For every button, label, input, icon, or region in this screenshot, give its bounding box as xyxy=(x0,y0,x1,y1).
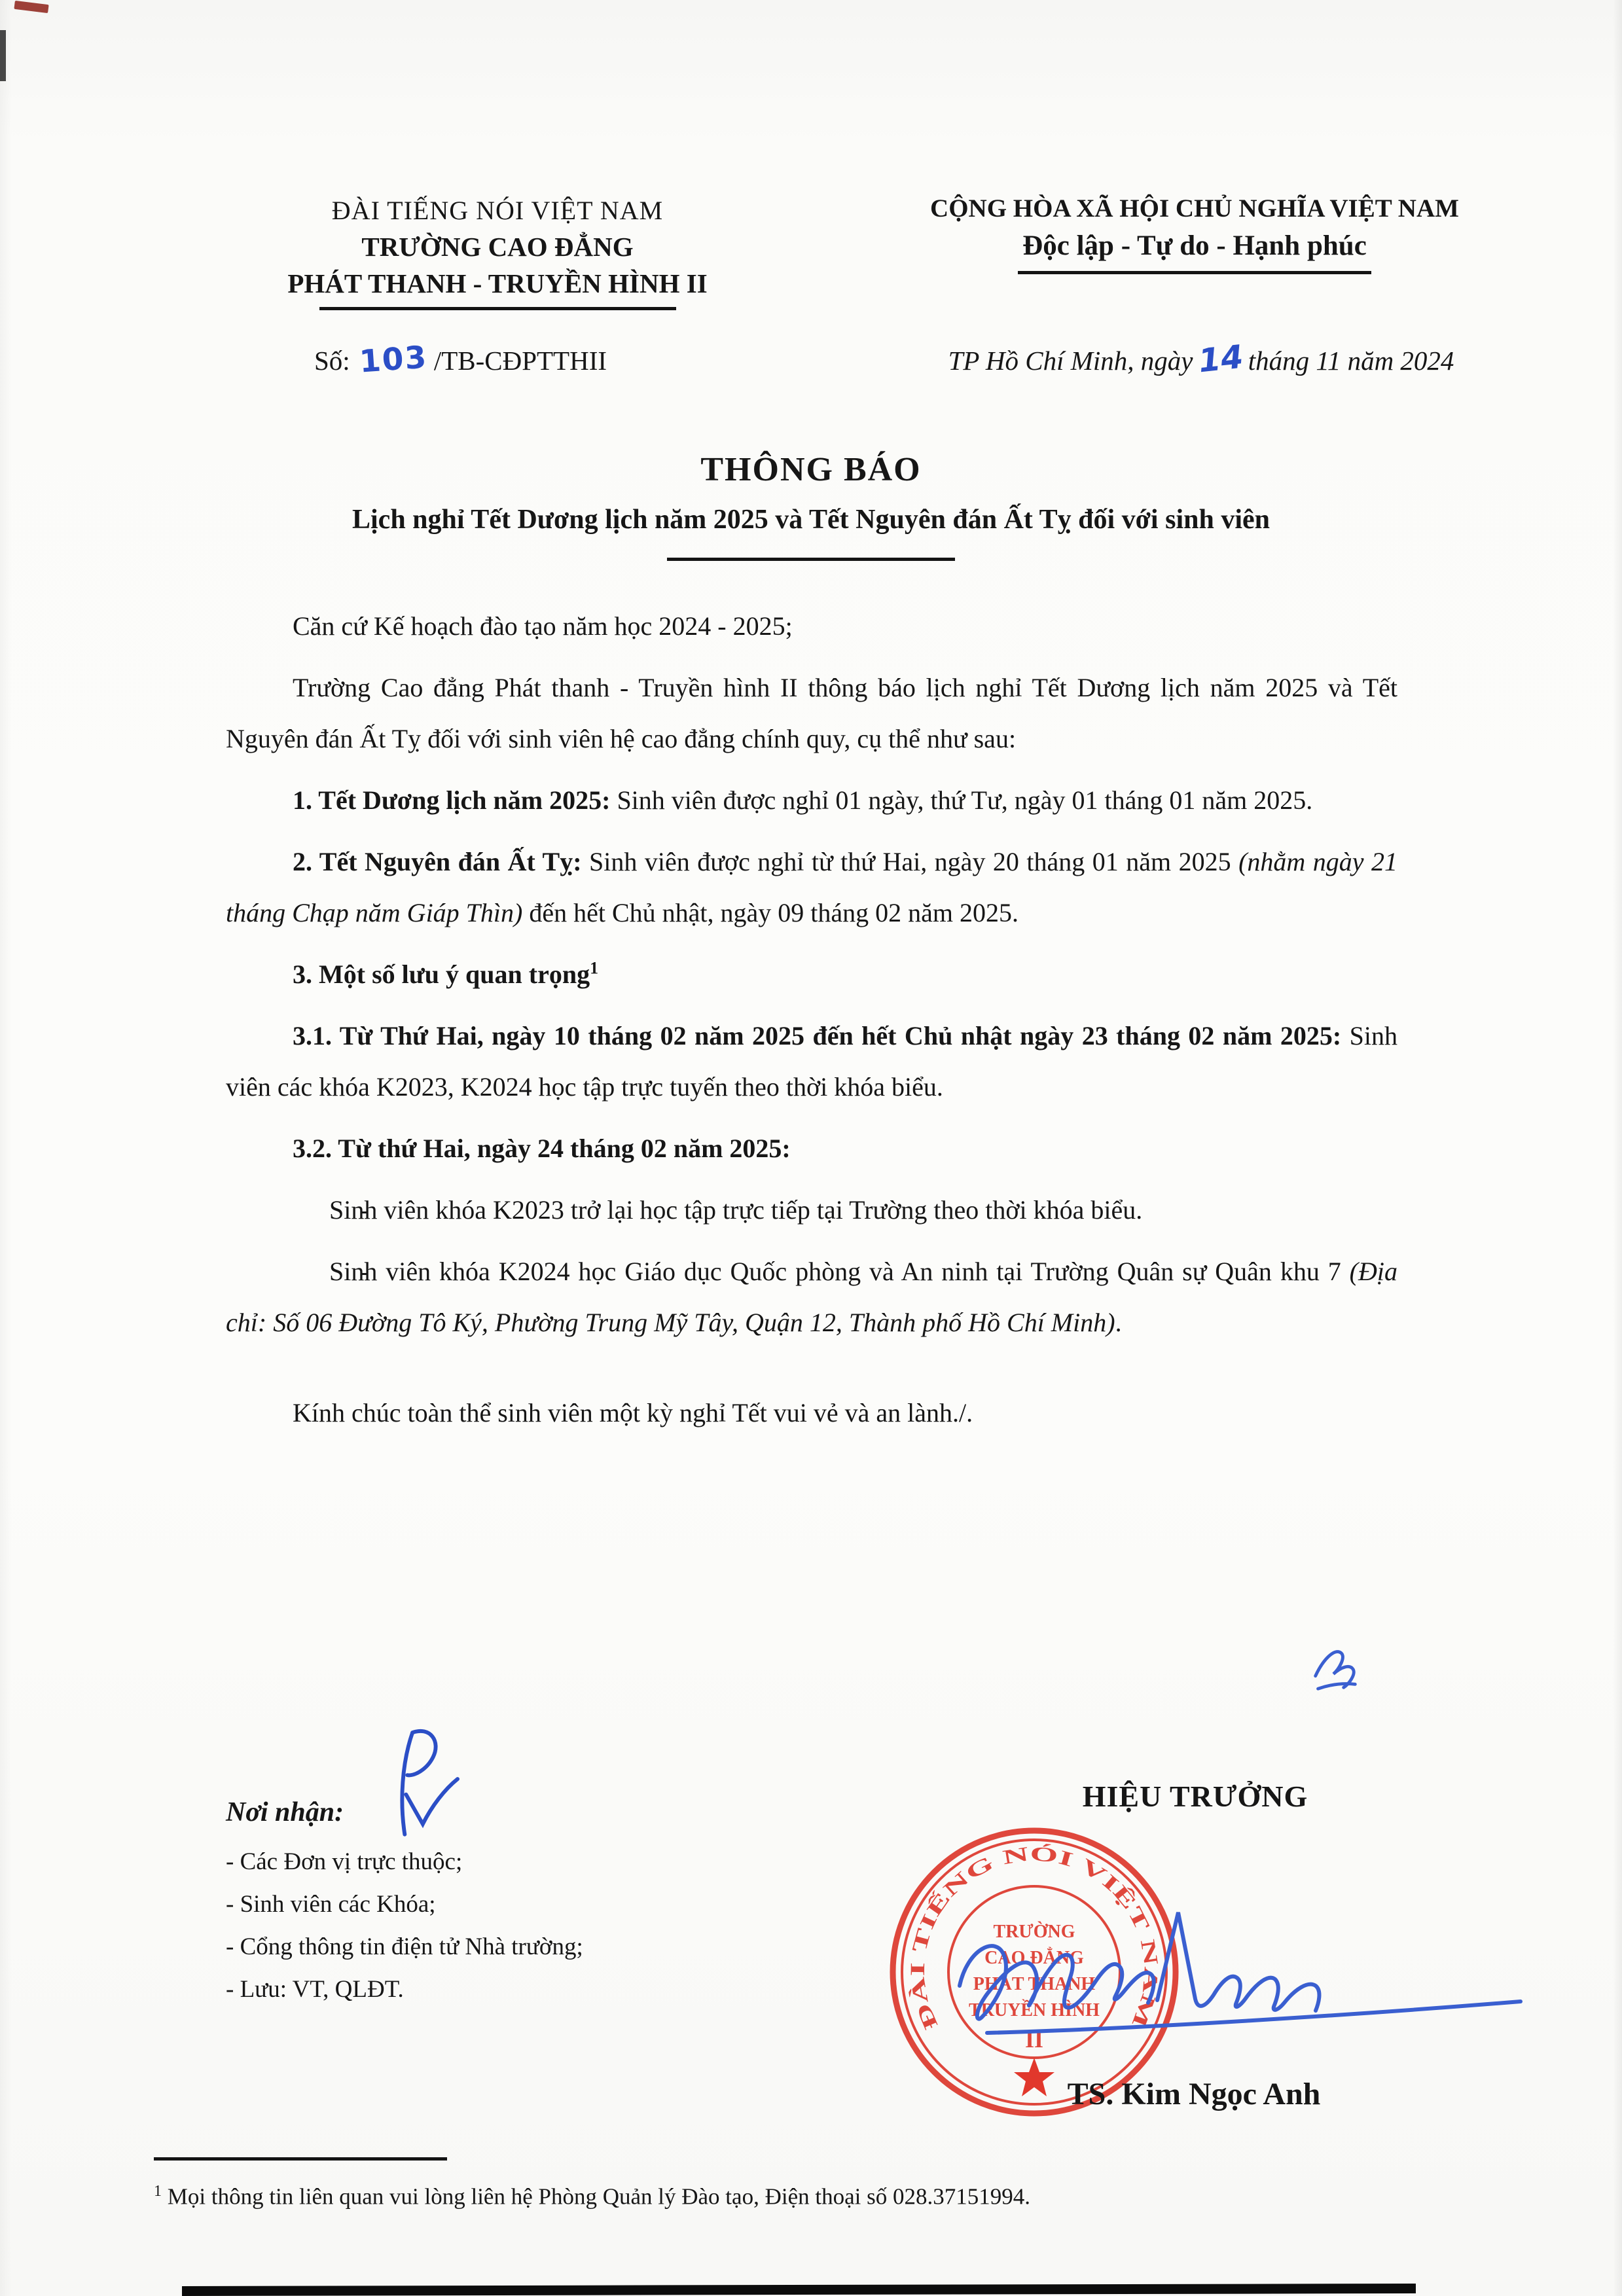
date-day-handwritten: 14 xyxy=(1197,338,1245,380)
footnote-separator xyxy=(154,2157,447,2161)
paragraph-basis: Căn cứ Kế hoạch đào tạo năm học 2024 - 2… xyxy=(226,601,1397,652)
footnote-ref: 1 xyxy=(590,959,598,978)
section-2-text1: Sinh viên được nghỉ từ thứ Hai, ngày 20 … xyxy=(582,847,1239,876)
national-title: CỘNG HÒA XÃ HỘI CHỦ NGHĨA VIỆT NAM xyxy=(818,194,1571,223)
section-1: 1. Tết Dương lịch năm 2025: Sinh viên đư… xyxy=(226,775,1397,826)
doc-number-label: Số: xyxy=(314,346,350,376)
bullet-k2024: -Sinh viên khóa K2024 học Giáo dục Quốc … xyxy=(226,1246,1397,1348)
title-underline xyxy=(667,558,955,561)
section-3-1: 3.1. Từ Thứ Hai, ngày 10 tháng 02 năm 20… xyxy=(226,1011,1397,1113)
section-1-heading: 1. Tết Dương lịch năm 2025: xyxy=(293,785,610,815)
issuer-block: ĐÀI TIẾNG NÓI VIỆT NAM TRƯỜNG CAO ĐẲNG P… xyxy=(209,195,785,310)
bullet-dash: - xyxy=(293,1246,329,1297)
issuer-parent-org: ĐÀI TIẾNG NÓI VIỆT NAM xyxy=(209,195,785,226)
bullet-k2023: -Sinh viên khóa K2023 trở lại học tập tr… xyxy=(226,1185,1397,1236)
recipient-item: - Cổng thông tin điện tử Nhà trường; xyxy=(226,1926,583,1968)
doc-body: Căn cứ Kế hoạch đào tạo năm học 2024 - 2… xyxy=(226,601,1397,1449)
bullet-k2024-text: Sinh viên khóa K2024 học Giáo dục Quốc p… xyxy=(329,1257,1350,1286)
scan-artifact-red xyxy=(14,1,48,13)
scanned-document-page: ĐÀI TIẾNG NÓI VIỆT NAM TRƯỜNG CAO ĐẲNG P… xyxy=(0,0,1622,2296)
doc-number-line: Số:103/TB-CĐPTTHII xyxy=(314,342,607,378)
recipients-label: Nơi nhận: xyxy=(226,1797,344,1828)
place-date-prefix: TP Hồ Chí Minh, ngày xyxy=(948,346,1193,376)
handwritten-signature xyxy=(941,1857,1534,2051)
place-date-suffix: tháng 11 năm 2024 xyxy=(1248,346,1454,376)
handwritten-paraph xyxy=(376,1723,460,1840)
recipients-list: - Các Đơn vị trực thuộc; - Sinh viên các… xyxy=(226,1840,583,2011)
doc-title: THÔNG BÁO xyxy=(0,450,1622,489)
section-3-1-heading: 3.1. Từ Thứ Hai, ngày 10 tháng 02 năm 20… xyxy=(293,1021,1341,1050)
closing-wish: Kính chúc toàn thể sinh viên một kỳ nghỉ… xyxy=(226,1388,1397,1439)
signer-name: TS. Kim Ngọc Anh xyxy=(965,2076,1423,2112)
bullet-dash: - xyxy=(293,1185,329,1236)
issuer-school-line1: TRƯỜNG CAO ĐẲNG xyxy=(209,231,785,262)
motto-underline xyxy=(1018,271,1371,274)
recipient-item: - Sinh viên các Khóa; xyxy=(226,1883,583,1926)
scan-edge-bar xyxy=(182,2284,1416,2296)
recipient-item: - Các Đơn vị trực thuộc; xyxy=(226,1840,583,1883)
section-1-text: Sinh viên được nghỉ 01 ngày, thứ Tư, ngà… xyxy=(610,785,1312,815)
scan-artifact-black xyxy=(0,30,6,81)
recipient-item: - Lưu: VT, QLĐT. xyxy=(226,1968,583,2011)
bullet-k2024-period: . xyxy=(1115,1308,1122,1337)
footnote-text: Mọi thông tin liên quan vui lòng liên hệ… xyxy=(162,2184,1030,2210)
footnote-number: 1 xyxy=(154,2183,162,2200)
section-2-text2: đến hết Chủ nhật, ngày 09 tháng 02 năm 2… xyxy=(522,898,1018,927)
section-3-2-heading: 3.2. Từ thứ Hai, ngày 24 tháng 02 năm 20… xyxy=(226,1123,1397,1174)
bullet-k2023-text: Sinh viên khóa K2023 trở lại học tập trự… xyxy=(329,1195,1142,1225)
paragraph-intro: Trường Cao đẳng Phát thanh - Truyền hình… xyxy=(226,662,1397,764)
issuer-school-line2: PHÁT THANH - TRUYỀN HÌNH II xyxy=(209,268,785,299)
handwritten-initial-mark xyxy=(1307,1634,1364,1698)
place-date-line: TP Hồ Chí Minh, ngày14tháng 11 năm 2024 xyxy=(831,340,1571,378)
doc-subtitle: Lịch nghỉ Tết Dương lịch năm 2025 và Tết… xyxy=(0,504,1622,535)
doc-number-suffix: /TB-CĐPTTHII xyxy=(434,346,607,376)
national-header-block: CỘNG HÒA XÃ HỘI CHỦ NGHĨA VIỆT NAM Độc l… xyxy=(818,194,1571,274)
section-3-heading: 3. Một số lưu ý quan trọng xyxy=(293,960,590,989)
doc-number-handwritten: 103 xyxy=(358,339,429,380)
national-motto: Độc lập - Tự do - Hạnh phúc xyxy=(818,230,1571,262)
signer-title: HIỆU TRƯỞNG xyxy=(966,1779,1424,1814)
footnote: 1 Mọi thông tin liên quan vui lòng liên … xyxy=(154,2174,1548,2214)
section-2-heading: 2. Tết Nguyên đán Ất Tỵ: xyxy=(293,847,582,876)
issuer-underline xyxy=(319,307,676,310)
section-2: 2. Tết Nguyên đán Ất Tỵ: Sinh viên được … xyxy=(226,836,1397,939)
section-3: 3. Một số lưu ý quan trọng1 xyxy=(226,949,1397,1000)
